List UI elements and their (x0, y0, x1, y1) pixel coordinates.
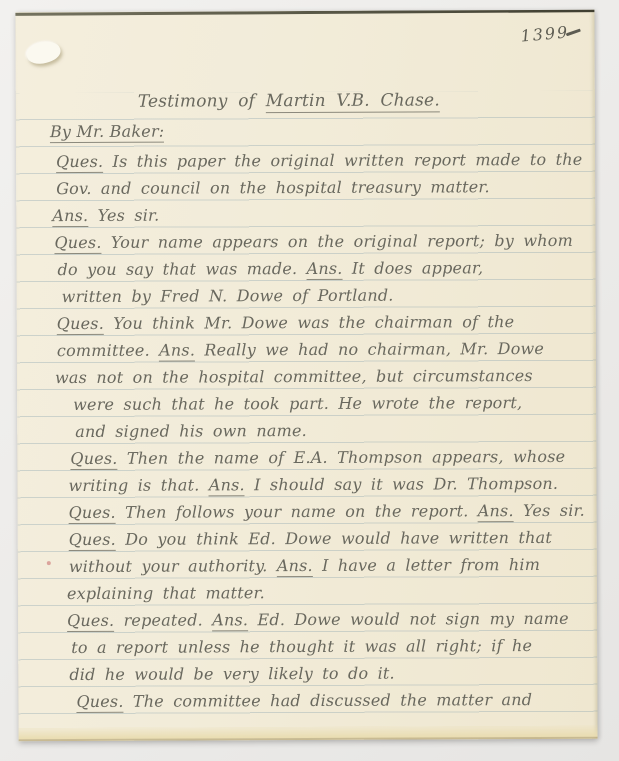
line-text: written by Fred N. Dowe of Portland. (62, 286, 394, 306)
speaker-label: Ques. (69, 530, 116, 551)
manuscript-line: written by Fred N. Dowe of Portland. (62, 281, 582, 310)
manuscript-line: Ques. Your name appears on the original … (54, 227, 581, 256)
torn-corner-mark (24, 38, 63, 68)
line-text: was not on the hospital committee, but c… (55, 366, 533, 387)
line-text: The committee had discussed the matter a… (124, 690, 533, 711)
line-text: repeated. (114, 610, 212, 629)
line-text: Your name appears on the original report… (102, 231, 573, 252)
line-text: do you say that was made. (57, 259, 306, 279)
speaker-label: Ans. (212, 610, 248, 631)
line-text: Then the name of E.A. Thompson appears, … (118, 447, 566, 468)
line-text: committee. (57, 341, 159, 360)
manuscript-line: Ques. Then the name of E.A. Thompson app… (70, 443, 582, 472)
speaker-label: Ques. (67, 611, 114, 632)
line-text: did he would be very likely to do it. (69, 664, 395, 684)
line-text: I have a letter from him (313, 555, 540, 575)
speaker-label: Ques. (76, 692, 123, 713)
manuscript-line: were such that he took part. He wrote th… (73, 389, 582, 418)
line-text: I should say it was Dr. Thompson. (245, 474, 558, 494)
title-name: Martin V.B. Chase. (266, 90, 440, 113)
manuscript-line: did he would be very likely to do it. (69, 659, 583, 688)
line-text: You think Mr. Dowe was the chairman of t… (104, 312, 514, 333)
line-text: It does appear, (342, 258, 483, 278)
speaker-label: Ques. (69, 503, 116, 524)
manuscript-line: Ques. repeated. Ans. Ed. Dowe would not … (67, 605, 583, 634)
manuscript-line: Gov. and council on the hospital treasur… (56, 173, 581, 202)
manuscript-line: without your authority. Ans. I have a le… (69, 551, 583, 580)
manuscript-line: explaining that matter. (67, 578, 583, 607)
manuscript-paper: 1399 Testimony of Martin V.B. Chase. By … (15, 10, 597, 742)
manuscript-line: Ques. The committee had discussed the ma… (76, 686, 583, 715)
line-text: Yes sir. (88, 206, 159, 225)
manuscript-line: Ans. Yes sir. (52, 200, 581, 229)
byline-text: By Mr. Baker: (50, 122, 165, 143)
line-text: explaining that matter. (67, 583, 265, 603)
line-text: Then follows your name on the report. (116, 501, 478, 522)
line-text: Yes sir. (514, 501, 585, 520)
line-text: Do you think Ed. Dowe would have written… (116, 528, 552, 549)
line-text: Ed. Dowe would not sign my name (248, 609, 569, 629)
speaker-label: Ans. (209, 475, 245, 496)
line-text: Is this paper the original written repor… (103, 150, 582, 171)
line-text: without your authority. (69, 556, 277, 576)
manuscript-line: do you say that was made. Ans. It does a… (57, 254, 581, 283)
page-number: 1399 (520, 21, 582, 45)
speaker-label: Ques. (54, 233, 101, 254)
speaker-label: Ques. (70, 449, 117, 470)
testimony-lines: Ques. Is this paper the original written… (56, 146, 583, 715)
line-text: writing is that. (68, 475, 208, 495)
speaker-label: Ans. (159, 340, 195, 361)
page-number-text: 1399 (520, 22, 570, 45)
manuscript-line: was not on the hospital committee, but c… (55, 362, 582, 391)
speaker-label: Ques. (57, 314, 104, 335)
line-text: Gov. and council on the hospital treasur… (56, 177, 490, 198)
manuscript-line: writing is that. Ans. I should say it wa… (68, 470, 582, 499)
manuscript-line: Ques. Then follows your name on the repo… (69, 497, 583, 526)
line-text: Really we had no chairman, Mr. Dowe (195, 339, 544, 360)
manuscript-line: Ques. You think Mr. Dowe was the chairma… (57, 308, 582, 337)
byline: By Mr. Baker: (50, 122, 165, 141)
line-text: to a report unless he thought it was all… (71, 636, 532, 657)
manuscript-line: Ques. Do you think Ed. Dowe would have w… (69, 524, 583, 553)
manuscript-line: and signed his own name. (75, 416, 582, 445)
line-text: and signed his own name. (75, 421, 307, 441)
scanned-page-background: 1399 Testimony of Martin V.B. Chase. By … (0, 0, 619, 761)
document-title: Testimony of Martin V.B. Chase. (138, 90, 440, 111)
line-text: were such that he took part. He wrote th… (73, 393, 522, 414)
manuscript-line: committee. Ans. Really we had no chairma… (57, 335, 582, 364)
speaker-label: Ans. (307, 259, 343, 280)
speaker-label: Ques. (56, 152, 103, 173)
speaker-label: Ans. (277, 556, 313, 577)
manuscript-line: Ques. Is this paper the original written… (56, 146, 581, 175)
speaker-label: Ans. (478, 501, 514, 522)
title-prefix: Testimony of (138, 91, 266, 112)
manuscript-line: to a report unless he thought it was all… (71, 632, 583, 661)
speaker-label: Ans. (52, 206, 88, 227)
red-ink-speck (47, 561, 51, 565)
